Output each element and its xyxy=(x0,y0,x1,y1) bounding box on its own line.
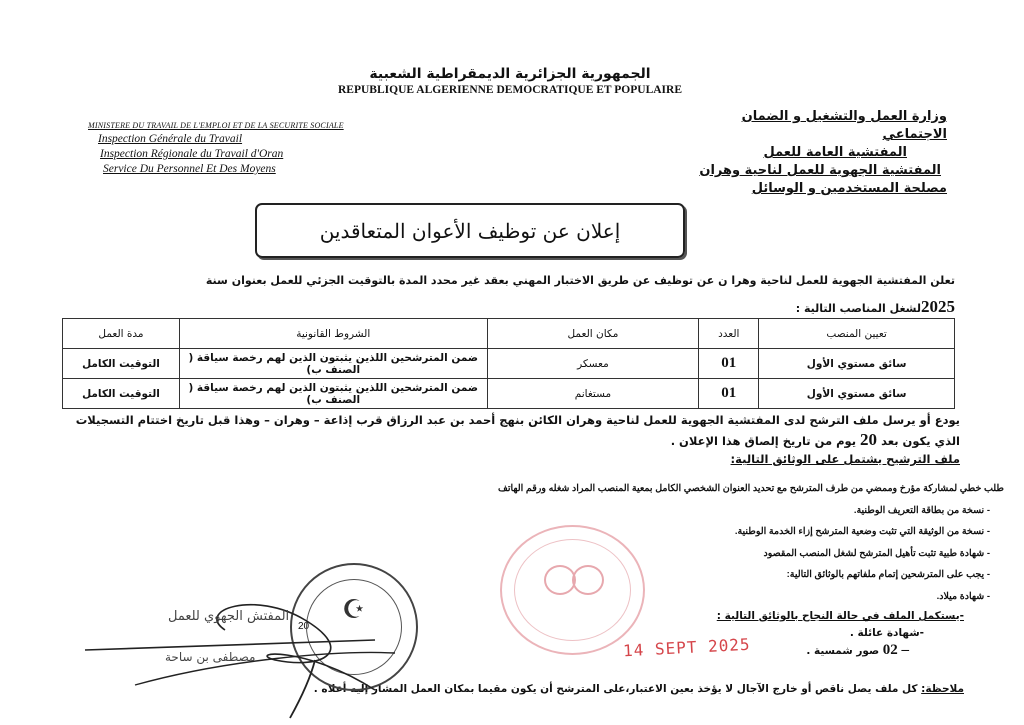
signatory-name: مصطفى بن ساحة xyxy=(165,650,255,664)
header-duration: مدة العمل xyxy=(63,319,180,349)
note-label: ملاحظة: xyxy=(921,683,964,695)
red-seal-stamp xyxy=(500,525,645,655)
arabic-header: وزارة العمل والتشغيل و الضمان الاجتماعي … xyxy=(687,108,947,198)
cell-conditions: ضمن المترشحين اللذين يثبتون الذين لهم رخ… xyxy=(179,379,487,409)
cell-position: سائق مستوي الأول xyxy=(759,379,955,409)
cell-duration: التوقيت الكامل xyxy=(63,349,180,379)
success-heading: -يستكمل الملف في حالة النجاح بالوثائق ال… xyxy=(664,608,964,625)
announcement-title-box: إعلان عن توظيف الأعوان المتعاقدين xyxy=(255,203,685,258)
inspection-regionale: Inspection Régionale du Travail d'Oran xyxy=(100,148,344,160)
republic-french: REPUBLIQUE ALGERIENNE DEMOCRATIQUE ET PO… xyxy=(300,84,720,96)
announcement-title: إعلان عن توظيف الأعوان المتعاقدين xyxy=(320,219,621,243)
cell-count: 01 xyxy=(699,379,759,409)
general-inspection-arabic: المفتشية العامة للعمل xyxy=(687,144,947,162)
header-position: تعيين المنصب xyxy=(759,319,955,349)
french-header: MINISTERE DU TRAVAIL DE L'EMPLOI ET DE L… xyxy=(88,121,344,175)
table-row: سائق مستوي الأول 01 مستغانم ضمن المترشحي… xyxy=(63,379,955,409)
cell-conditions: ضمن المترشحين اللذين يثبتون الذين لهم رخ… xyxy=(179,349,487,379)
photo-count: – 02 xyxy=(883,642,909,658)
service-personnel: Service Du Personnel Et Des Moyens xyxy=(103,163,344,175)
document-item: طلب خطي لمشاركة مؤرخ وممضي من طرف المترش… xyxy=(444,478,1004,500)
signatory-title: المفتش الجهوي للعمل xyxy=(168,609,289,624)
inspection-generale: Inspection Générale du Travail xyxy=(98,133,344,145)
header-conditions: الشروط القانونية xyxy=(179,319,487,349)
deposit-text-2: يوم من تاريخ إلصاق هذا الإعلان . xyxy=(671,434,856,448)
cell-location: معسكر xyxy=(487,349,699,379)
intro-text-2: لشغل المناصب التالية : xyxy=(796,302,921,315)
document-item: - نسخة من بطاقة التعريف الوطنية. xyxy=(444,500,1004,522)
cell-position: سائق مستوي الأول xyxy=(759,349,955,379)
deposit-paragraph: يودع أو يرسل ملف الترشح لدى المفتشية الج… xyxy=(62,410,960,451)
intro-year: 2025 xyxy=(921,297,955,316)
seal-emblem-icon xyxy=(544,565,606,595)
table-row: سائق مستوي الأول 01 معسكر ضمن المترشحين … xyxy=(63,349,955,379)
header-count: العدد xyxy=(699,319,759,349)
header-location: مكان العمل xyxy=(487,319,699,349)
republic-arabic: الجمهورية الجزائرية الديمقراطية الشعبية xyxy=(300,66,720,82)
ministry-arabic: وزارة العمل والتشغيل و الضمان الاجتماعي xyxy=(687,108,947,144)
intro-text: تعلن المفتشية الجهوية للعمل لناحية وهرا … xyxy=(120,268,955,294)
cell-location: مستغانم xyxy=(487,379,699,409)
table-header-row: تعيين المنصب العدد مكان العمل الشروط الق… xyxy=(63,319,955,349)
positions-table: تعيين المنصب العدد مكان العمل الشروط الق… xyxy=(62,318,955,409)
cell-count: 01 xyxy=(699,349,759,379)
service-arabic: مصلحة المستخدمين و الوسائل xyxy=(687,180,947,198)
regional-inspection-arabic: المفتشية الجهوية للعمل لناحية وهران xyxy=(687,162,947,180)
ministry-name: MINISTERE DU TRAVAIL DE L'EMPLOI ET DE L… xyxy=(88,121,344,130)
cell-duration: التوقيت الكامل xyxy=(63,379,180,409)
success-item: صور شمسية . xyxy=(806,645,879,657)
documents-heading: ملف الترشيح يشتمل على الوثائق التالية: xyxy=(731,452,960,466)
deposit-days: 20 xyxy=(860,430,877,449)
intro-paragraph: تعلن المفتشية الجهوية للعمل لناحية وهرا … xyxy=(120,268,955,322)
